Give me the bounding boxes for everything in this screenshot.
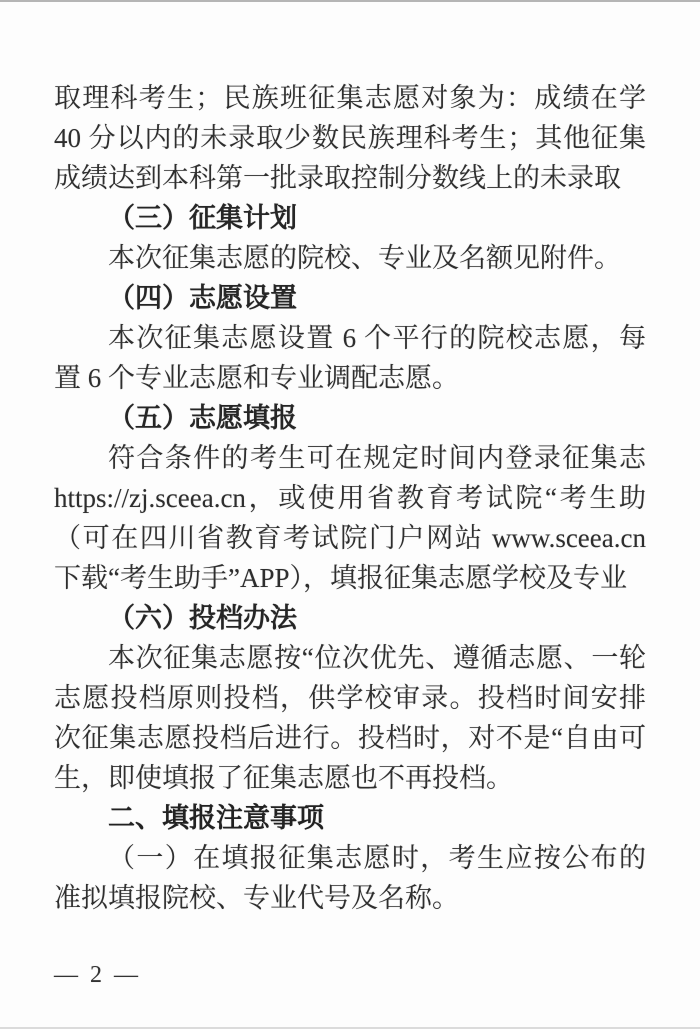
body-line-2: 40 分以内的未录取少数民族理科考生；其他征集志愿对象为： [54,118,646,158]
body-line-10: 符合条件的考生可在规定时间内登录征集志愿填报网址 [54,438,646,478]
body-line-15: 本次征集志愿按“位次优先、遵循志愿、一轮投档”的平行 [54,638,646,678]
body-line-18: 生，即使填报了征集志愿也不再投档。 [54,758,646,798]
heading-part-2-filing-notes: 二、填报注意事项 [54,798,646,838]
heading-section-5-volunteer-filing: （五）志愿填报 [54,398,646,438]
page-number: — 2 — [54,962,141,989]
body-line-12-portal-url: （可在四川省教育考试院门户网站 www.sceea.cn 上扫描二维码 [54,518,646,558]
body-line-1: 取理科考生；民族班征集志愿对象为：成绩在学校调档分数线下 [54,78,646,118]
body-line-17: 次征集志愿投档后进行。投档时，对不是“自由可投”状态的考 [54,718,646,758]
body-line-20: （一）在填报征集志愿时，考生应按公布的征集志愿计划核 [54,838,646,878]
document-text-block: 取理科考生；民族班征集志愿对象为：成绩在学校调档分数线下 40 分以内的未录取少… [54,78,646,918]
body-line-5: 本次征集志愿的院校、专业及名额见附件。 [54,238,646,278]
body-line-13: 下载“考生助手”APP），填报征集志愿学校及专业志愿。 [54,558,646,598]
heading-section-6-filing-method: （六）投档办法 [54,598,646,638]
scan-artifact-top-edge [0,0,700,2]
body-line-16: 志愿投档原则投档，供学校审录。投档时间安排在地方专项第一 [54,678,646,718]
body-line-3: 成绩达到本科第一批录取控制分数线上的未录取考生。 [54,158,646,198]
body-line-21: 准拟填报院校、专业代号及名称。 [54,878,646,918]
heading-section-3-collection-plan: （三）征集计划 [54,198,646,238]
scanned-document-page: 取理科考生；民族班征集志愿对象为：成绩在学校调档分数线下 40 分以内的未录取少… [0,0,700,1029]
body-line-7: 本次征集志愿设置 6 个平行的院校志愿，每个院校志愿内设 [54,318,646,358]
heading-section-4-volunteer-setup: （四）志愿设置 [54,278,646,318]
body-line-11-website-url: https://zj.sceea.cn，或使用省教育考试院“考生助手”手机客户端 [54,478,646,518]
body-line-8: 置 6 个专业志愿和专业调配志愿。 [54,358,646,398]
